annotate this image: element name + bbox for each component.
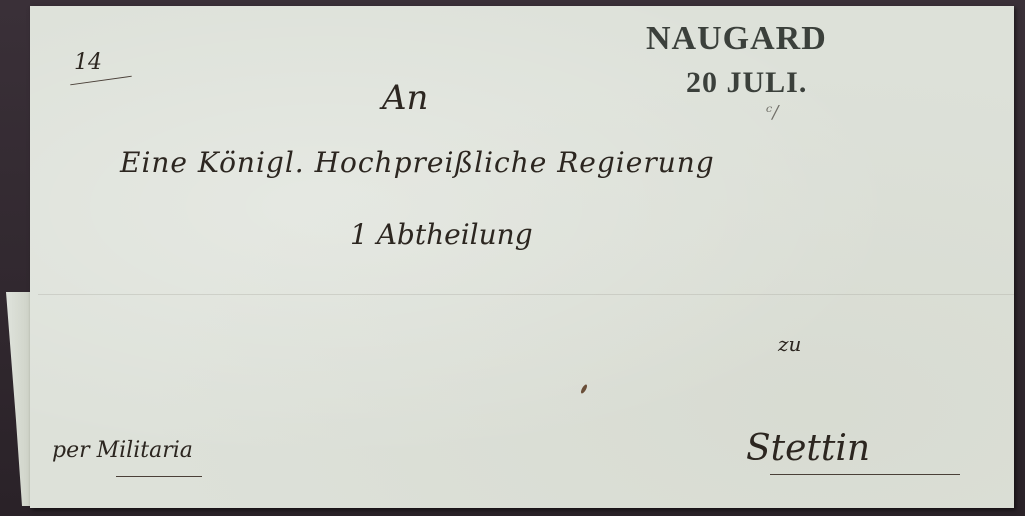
postmark-mark: ᶜ/ [766, 102, 778, 123]
letter-cover: 14 NAUGARD 20 JULI. ᶜ/ An Eine Königl. H… [30, 6, 1014, 508]
address-line-1: An [382, 78, 428, 118]
docket-number: 14 [74, 50, 102, 75]
address-line-4: zu [778, 332, 801, 356]
fold-line [38, 294, 1014, 295]
endorsement-underline [116, 476, 202, 477]
address-line-2: Eine Königl. Hochpreißliche Regierung [120, 146, 715, 179]
ink-speck [580, 384, 588, 395]
postmark-town: NAUGARD [646, 20, 827, 58]
destination-underline [770, 474, 960, 475]
docket-underline [70, 76, 132, 86]
address-line-5: Stettin [746, 428, 870, 469]
postmark-date: 20 JULI. [686, 66, 807, 100]
endorsement: per Militaria [52, 438, 193, 463]
address-line-3: 1 Abtheilung [350, 218, 533, 251]
